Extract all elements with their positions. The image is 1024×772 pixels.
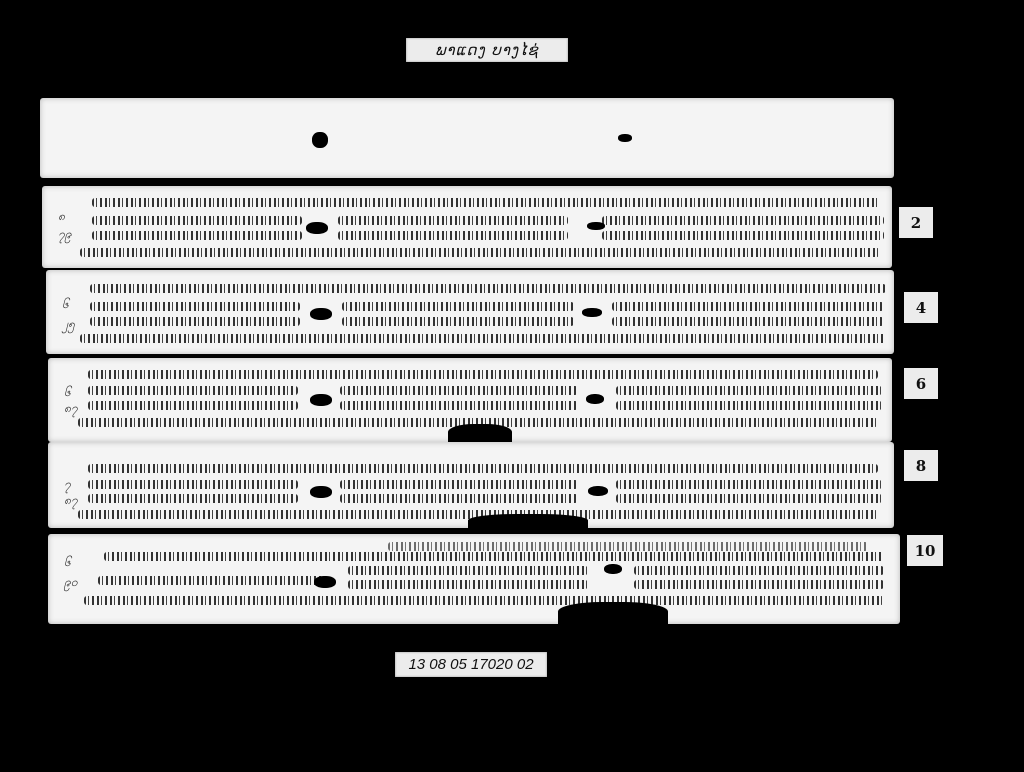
text-line <box>338 216 568 225</box>
string-hole-right <box>582 308 602 317</box>
string-hole-left <box>310 486 332 498</box>
string-hole-right <box>586 394 604 404</box>
text-line <box>612 302 884 311</box>
text-line <box>92 216 302 225</box>
text-line <box>92 231 302 240</box>
manuscript-leaf-1: ၈ ၇၉ <box>42 186 892 268</box>
text-line <box>348 580 588 589</box>
text-line <box>342 302 574 311</box>
text-line <box>634 566 884 575</box>
text-line <box>616 480 882 489</box>
leaf-number-bottom: ၈၇ <box>64 400 78 418</box>
page-tag-6: 6 <box>904 368 938 399</box>
text-line <box>88 480 298 489</box>
leaf-number-bottom: ၈၇ <box>64 492 78 510</box>
text-line <box>602 231 884 240</box>
text-line <box>348 566 588 575</box>
leaf-number-bottom: ၇၉ <box>58 226 72 244</box>
text-line <box>616 386 882 395</box>
text-line <box>340 401 578 410</box>
text-line <box>104 552 884 561</box>
text-line <box>98 576 324 585</box>
text-line <box>338 231 568 240</box>
manuscript-leaf-2: ၆ ၂၅ <box>46 270 894 354</box>
leaf-number-top: ၆ <box>62 296 69 314</box>
string-hole-right <box>588 486 608 496</box>
text-line <box>602 216 884 225</box>
text-line <box>90 284 886 293</box>
text-line <box>92 198 880 207</box>
leaf-number-top: ၆ <box>64 554 71 572</box>
page-tag-8: 8 <box>904 450 938 481</box>
page-tag-4: 4 <box>904 292 938 323</box>
leaf-damage <box>468 514 588 528</box>
text-line <box>80 334 886 343</box>
catalog-number-label: 13 08 05 17020 02 <box>395 652 547 677</box>
leaf-damage <box>448 424 512 442</box>
string-hole-left <box>306 222 328 234</box>
text-line <box>612 317 884 326</box>
blank-cover-leaf <box>40 98 894 178</box>
text-line <box>616 401 882 410</box>
page-tag-2: 2 <box>899 207 933 238</box>
text-line <box>616 494 882 503</box>
string-hole-right <box>618 134 632 142</box>
string-hole-right <box>604 564 622 574</box>
text-line <box>340 386 578 395</box>
text-line <box>80 248 880 257</box>
string-hole-left <box>312 132 328 148</box>
text-line <box>90 317 300 326</box>
string-hole-left <box>310 308 332 320</box>
text-line <box>88 494 298 503</box>
text-line <box>340 494 578 503</box>
manuscript-leaf-3: ၆ ၈၇ <box>48 358 892 442</box>
text-line <box>90 302 300 311</box>
manuscript-leaf-4: ၇ ၈၇ <box>48 442 894 528</box>
text-line <box>84 596 884 605</box>
leaf-damage <box>558 602 668 624</box>
text-line <box>88 370 878 379</box>
text-line <box>88 464 878 473</box>
text-line <box>634 580 884 589</box>
text-line <box>340 480 578 489</box>
string-hole-right <box>587 222 605 230</box>
string-hole-left <box>314 576 336 588</box>
page-tag-10: 10 <box>907 535 943 566</box>
manuscript-title-label: ພາແດງ ບາງໄຊ່ <box>406 38 568 62</box>
text-line <box>88 386 298 395</box>
string-hole-left <box>310 394 332 406</box>
leaf-number-bottom: ၉၀ <box>64 574 78 592</box>
text-line <box>342 317 574 326</box>
manuscript-leaf-5: ၆ ၉၀ <box>48 534 900 624</box>
leaf-number-top: ၈ <box>58 208 65 226</box>
leaf-number-bottom: ၂၅ <box>62 316 75 334</box>
text-line <box>388 542 868 551</box>
text-line <box>88 401 298 410</box>
